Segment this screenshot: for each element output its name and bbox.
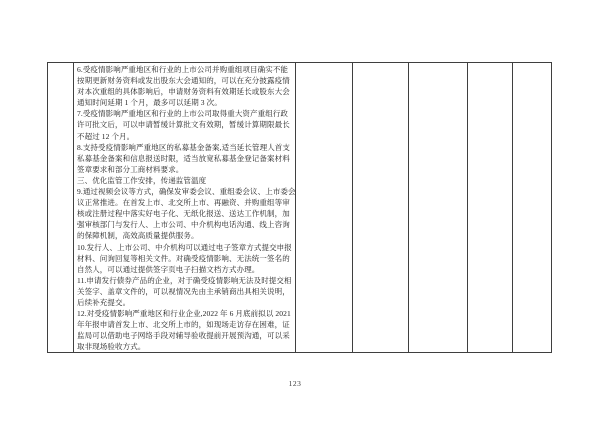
table-item: 11.申请发行债券产品的企业，对于确受疫情影响无法及时提交相关签字、盖章文件的，… (77, 275, 292, 308)
text-line: 后续补充提交。 (77, 297, 292, 308)
text-line: 7.受疫情影响严重地区和行业的上市公司取得重大资产重组行政 (77, 108, 292, 119)
table-item: 8.支持受疫情影响严重地区的私募基金备案,适当延长管理人首支私募基金备案和信息报… (77, 142, 292, 175)
text-line: 8.支持受疫情影响严重地区的私募基金备案,适当延长管理人首支 (77, 142, 292, 153)
table-item: 6.受疫情影响严重地区和行业的上市公司并购重组项目确实不能按期更新财务资料或发出… (77, 64, 292, 108)
text-line: 材料、问询回复等相关文件。对确受疫情影响、无法统一签名的 (77, 253, 292, 264)
text-line: 关签字、盖章文件的，可以视情况先由主承销商出具相关说明， (77, 286, 292, 297)
text-line: 通知时间延期 1 个月，最多可以延期 3 次。 (77, 97, 292, 108)
empty-cell-3 (409, 63, 468, 352)
text-line: 强审核部门与发行人、上市公司、中介机构电话沟通、线上咨询 (77, 219, 292, 230)
empty-cell-5 (513, 63, 553, 352)
table-item: 三、优化监管工作安排，传递监管温度 (77, 175, 292, 186)
text-line: 6.受疫情影响严重地区和行业的上市公司并购重组项目确实不能 (77, 64, 292, 75)
text-line: 议正常推进。在首发上市、北交所上市、再融资、并购重组等审 (77, 197, 292, 208)
text-line: 11.申请发行债券产品的企业，对于确受疫情影响无法及时提交相 (77, 275, 292, 286)
document-page: 6.受疫情影响严重地区和行业的上市公司并购重组项目确实不能按期更新财务资料或发出… (0, 0, 600, 424)
text-line: 自然人，可以通过提供签字页电子扫描文档方式办理。 (77, 264, 292, 275)
text-line: 不超过 12 个月。 (77, 131, 292, 142)
table-item: 12.对受疫情影响严重地区和行业企业,2022 年 6 月底前拟以 2021年年… (77, 308, 292, 352)
text-line: 按期更新财务资料或发出股东大会通知的，可以在充分披露疫情 (77, 75, 292, 86)
content-table: 6.受疫情影响严重地区和行业的上市公司并购重组项目确实不能按期更新财务资料或发出… (47, 62, 552, 353)
text-line: 9.通过视频会议等方式，确保发审委会议、重组委会议、上市委会 (77, 186, 292, 197)
text-line: 年年报申请首发上市、北交所上市的，如现场走访存在困难，证 (77, 319, 292, 330)
text-line: 核或注册过程中落实好电子化、无纸化报送、送达工作机制，加 (77, 208, 292, 219)
text-line: 私募基金备案和信息报送时限，适当放宽私募基金登记备案材料 (77, 153, 292, 164)
text-line: 监局可以借助电子网络手段对辅导验收提前开展预沟通，可以采 (77, 330, 292, 341)
empty-cell-4 (468, 63, 513, 352)
text-line: 10.发行人、上市公司、中介机构可以通过电子签章方式提交申报 (77, 242, 292, 253)
text-line: 许可批文后，可以申请暂缓计算批文有效期，暂缓计算期限最长 (77, 119, 292, 130)
text-line: 取非现场验收方式。 (77, 341, 292, 352)
text-line: 的保障机制，高效高质量提供服务。 (77, 230, 292, 241)
empty-cell-2 (353, 63, 409, 352)
table-item: 9.通过视频会议等方式，确保发审委会议、重组委会议、上市委会议正常推进。在首发上… (77, 186, 292, 241)
table-item: 10.发行人、上市公司、中介机构可以通过电子签章方式提交申报材料、问询回复等相关… (77, 242, 292, 275)
page-number: 123 (0, 379, 590, 388)
text-line: 三、优化监管工作安排，传递监管温度 (77, 175, 292, 186)
index-cell (48, 63, 74, 352)
table-item: 7.受疫情影响严重地区和行业的上市公司取得重大资产重组行政许可批文后，可以申请暂… (77, 108, 292, 141)
text-line: 对本次重组的具体影响后，申请财务资料有效期延长或股东大会 (77, 86, 292, 97)
text-line: 12.对受疫情影响严重地区和行业企业,2022 年 6 月底前拟以 2021 (77, 308, 292, 319)
text-line: 签章要求和部分工商材料要求。 (77, 164, 292, 175)
text-cell: 6.受疫情影响严重地区和行业的上市公司并购重组项目确实不能按期更新财务资料或发出… (74, 63, 296, 352)
empty-cell-1 (296, 63, 353, 352)
